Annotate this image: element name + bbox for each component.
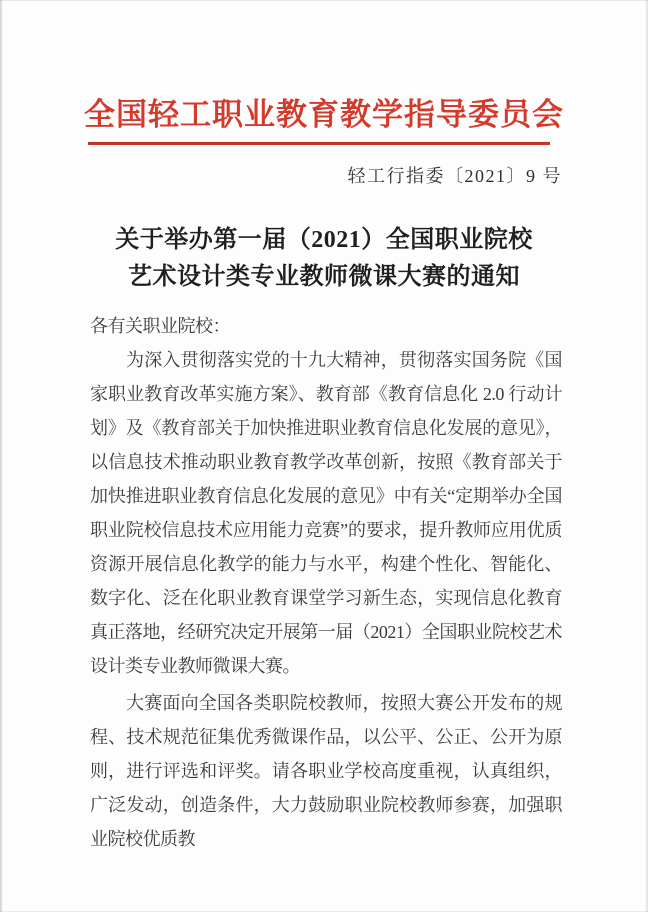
- document-title-line2: 艺术设计类专业教师微课大赛的通知: [0, 259, 648, 296]
- document-page: 全国轻工职业教育教学指导委员会 轻工行指委〔2021〕9 号 关于举办第一届（2…: [0, 0, 648, 912]
- committee-name: 全国轻工职业教育教学指导委员会: [0, 0, 648, 135]
- document-title-line1: 关于举办第一届（2021）全国职业院校: [0, 222, 648, 259]
- document-body: 各有关职业院校： 为深入贯彻落实党的十九大精神，贯彻落实国务院《国家职业教育改革…: [90, 309, 562, 856]
- salutation: 各有关职业院校：: [90, 309, 562, 343]
- body-paragraph-1: 为深入贯彻落实党的十九大精神，贯彻落实国务院《国家职业教育改革实施方案》、教育部…: [90, 343, 562, 683]
- letterhead: 全国轻工职业教育教学指导委员会 轻工行指委〔2021〕9 号: [0, 0, 648, 188]
- doc-number: 轻工行指委〔2021〕9 号: [0, 162, 648, 188]
- red-rule: [88, 142, 550, 145]
- document-title: 关于举办第一届（2021）全国职业院校 艺术设计类专业教师微课大赛的通知: [0, 222, 648, 296]
- body-paragraph-2: 大赛面向全国各类职院校教师，按照大赛公开发布的规程、技术规范征集优秀微课作品，以…: [90, 686, 562, 856]
